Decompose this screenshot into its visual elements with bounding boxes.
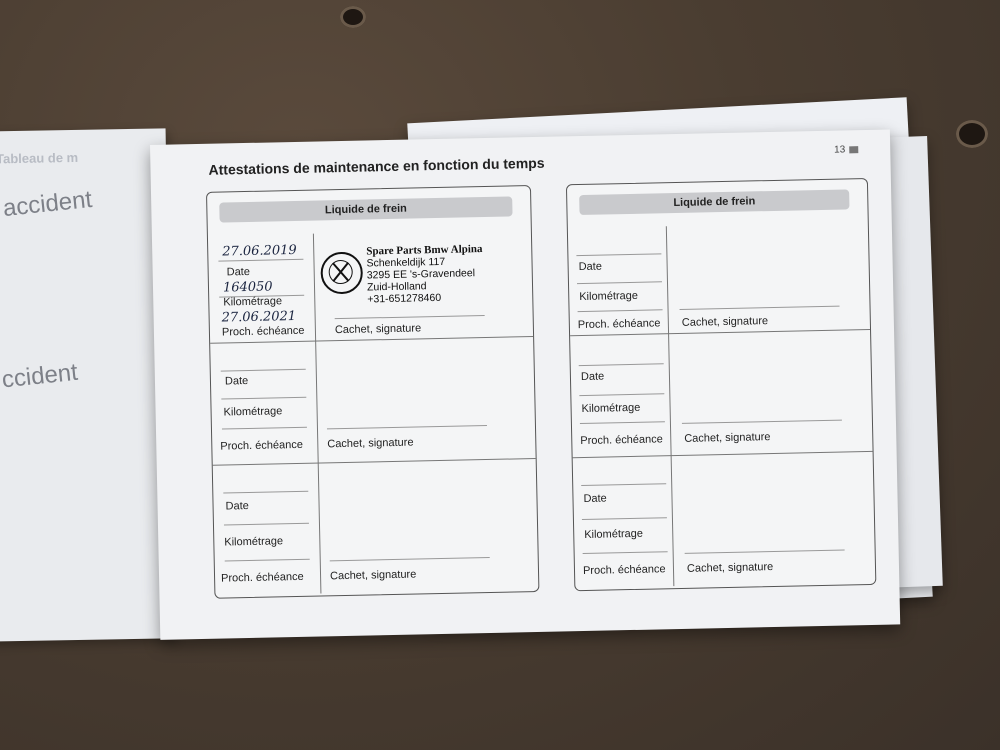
left-page-ghost-text: accident — [2, 186, 94, 223]
page-number-marker — [849, 146, 858, 153]
mileage-label: Kilométrage — [223, 405, 282, 418]
next-due-label: Proch. échéance — [580, 433, 663, 447]
date-label: Date — [225, 500, 248, 512]
stamp-signature-label: Cachet, signature — [687, 561, 773, 575]
table-hole — [956, 120, 988, 148]
stamp-signature-label: Cachet, signature — [684, 431, 770, 445]
date-label: Date — [583, 493, 606, 505]
dealer-stamp: Spare Parts Bmw Alpina Schenkeldijk 117 … — [366, 243, 483, 305]
date-label: Date — [227, 266, 250, 278]
stamp-signature-label: Cachet, signature — [335, 322, 421, 336]
next-due-label: Proch. échéance — [578, 317, 661, 331]
handwritten-date: 27.06.2019 — [222, 243, 297, 260]
page-title: Attestations de maintenance en fonction … — [208, 155, 544, 178]
mileage-label: Kilométrage — [224, 535, 283, 548]
left-page: Tableau de m accident ccident — [0, 128, 174, 641]
mileage-label: Kilométrage — [579, 290, 638, 303]
date-label: Date — [581, 371, 604, 383]
dealer-phone: +31-651278460 — [367, 291, 483, 305]
left-page-ghost-text: ccident — [1, 359, 80, 395]
stamp-signature-label: Cachet, signature — [330, 569, 416, 583]
handwritten-mileage: 164050 — [223, 279, 273, 295]
maintenance-card-right: Liquide de frein Date Kilométrage Proch.… — [566, 178, 876, 591]
mileage-label: Kilométrage — [584, 528, 643, 541]
booklet-page: Attestations de maintenance en fonction … — [150, 130, 900, 640]
page-number: 13 — [834, 144, 845, 155]
maintenance-card-left: Liquide de frein 27.06.2019 Date 164050 … — [206, 185, 539, 599]
handwritten-next-due: 27.06.2021 — [221, 309, 296, 326]
date-label: Date — [225, 375, 248, 387]
next-due-label: Proch. échéance — [583, 563, 666, 577]
stamp-signature-label: Cachet, signature — [327, 437, 413, 451]
table-hole — [340, 6, 366, 28]
card-header: Liquide de frein — [579, 189, 849, 215]
dealer-stamp-logo-icon — [320, 252, 363, 295]
next-due-label: Proch. échéance — [222, 325, 305, 339]
next-due-label: Proch. échéance — [220, 439, 303, 453]
mileage-label: Kilométrage — [223, 295, 282, 308]
date-label: Date — [579, 261, 602, 273]
card-header: Liquide de frein — [219, 196, 512, 222]
next-due-label: Proch. échéance — [221, 571, 304, 585]
stamp-signature-label: Cachet, signature — [682, 315, 768, 329]
left-page-ghost-header: Tableau de m — [0, 150, 78, 166]
mileage-label: Kilométrage — [581, 402, 640, 415]
